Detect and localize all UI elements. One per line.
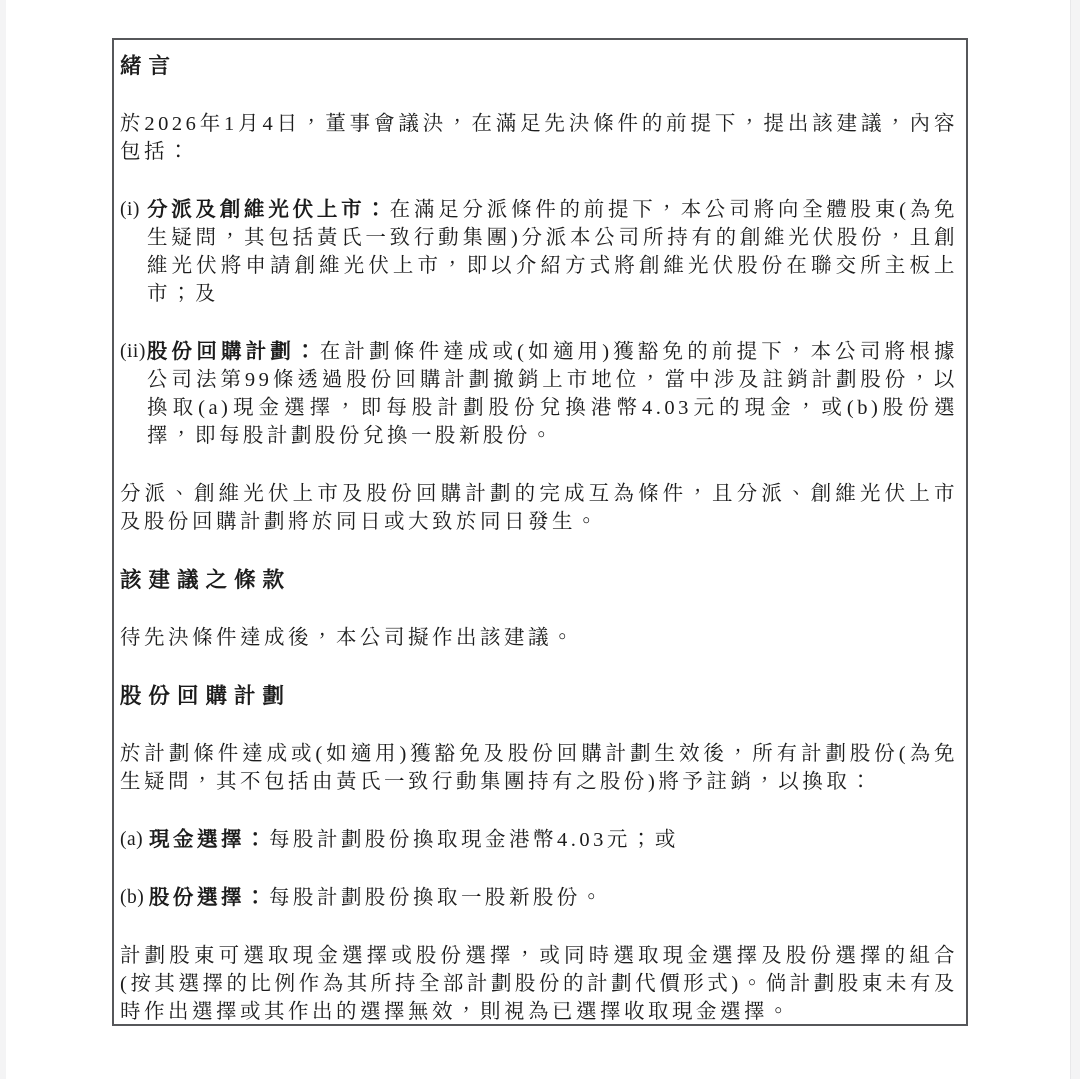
list-item-body: 現金選擇：每股計劃股份換取現金港幣4.03元；或 [149,829,679,851]
term-cash-alternative: 現金選擇： [149,829,269,851]
list-marker-a: (a) [120,826,143,854]
list-item-share-buyback-scheme: (ii) 股份回購計劃：在計劃條件達成或(如適用)獲豁免的前提下，本公司將根據公… [120,338,958,450]
term-distribution-listing: 分派及創維光伏上市： [147,199,390,221]
list-item-share-alternative: (b) 股份選擇：每股計劃股份換取一股新股份。 [120,884,958,912]
term-share-buyback-scheme: 股份回購計劃： [147,341,320,363]
screenshot-root: { "colors": { "page_background": "#fffff… [0,0,1080,1079]
term-share-alternative: 股份選擇： [149,887,269,909]
section-heading-foreword: 緒言 [120,52,958,80]
paragraph-scheme-shares-cancellation: 於計劃條件達成或(如適用)獲豁免及股份回購計劃生效後，所有計劃股份(為免生疑問，… [120,740,958,796]
paragraph-interconditional: 分派、創維光伏上市及股份回購計劃的完成互為條件，且分派、創維光伏上市及股份回購計… [120,480,958,536]
list-item-text: 每股計劃股份換取一股新股份。 [269,887,605,909]
list-item-cash-alternative: (a) 現金選擇：每股計劃股份換取現金港幣4.03元；或 [120,826,958,854]
list-item-body: 分派及創維光伏上市：在滿足分派條件的前提下，本公司將向全體股東(為免生疑問，其包… [147,199,958,305]
page-edge-strip-right [1070,0,1080,1079]
list-item-distribution-listing: (i) 分派及創維光伏上市：在滿足分派條件的前提下，本公司將向全體股東(為免生疑… [120,196,958,308]
paragraph-board-resolution: 於2026年1月4日，董事會議決，在滿足先決條件的前提下，提出該建議，內容包括： [120,110,958,166]
page-edge-strip-left [0,0,6,1079]
list-item-body: 股份選擇：每股計劃股份換取一股新股份。 [149,887,605,909]
list-marker-i: (i) [120,196,140,224]
paragraph-proposal-making: 待先決條件達成後，本公司擬作出該建議。 [120,624,958,652]
section-heading-proposal-terms: 該建議之條款 [120,566,958,594]
paragraph-election-combination: 計劃股東可選取現金選擇或股份選擇，或同時選取現金選擇及股份選擇的組合(按其選擇的… [120,942,958,1026]
list-item-body: 股份回購計劃：在計劃條件達成或(如適用)獲豁免的前提下，本公司將根據公司法第99… [147,341,958,447]
list-marker-ii: (ii) [120,338,146,366]
document-page: 緒言 於2026年1月4日，董事會議決，在滿足先決條件的前提下，提出該建議，內容… [112,38,968,1026]
list-marker-b: (b) [120,884,144,912]
list-item-text: 每股計劃股份換取現金港幣4.03元；或 [269,829,679,851]
section-heading-share-buyback: 股份回購計劃 [120,682,958,710]
